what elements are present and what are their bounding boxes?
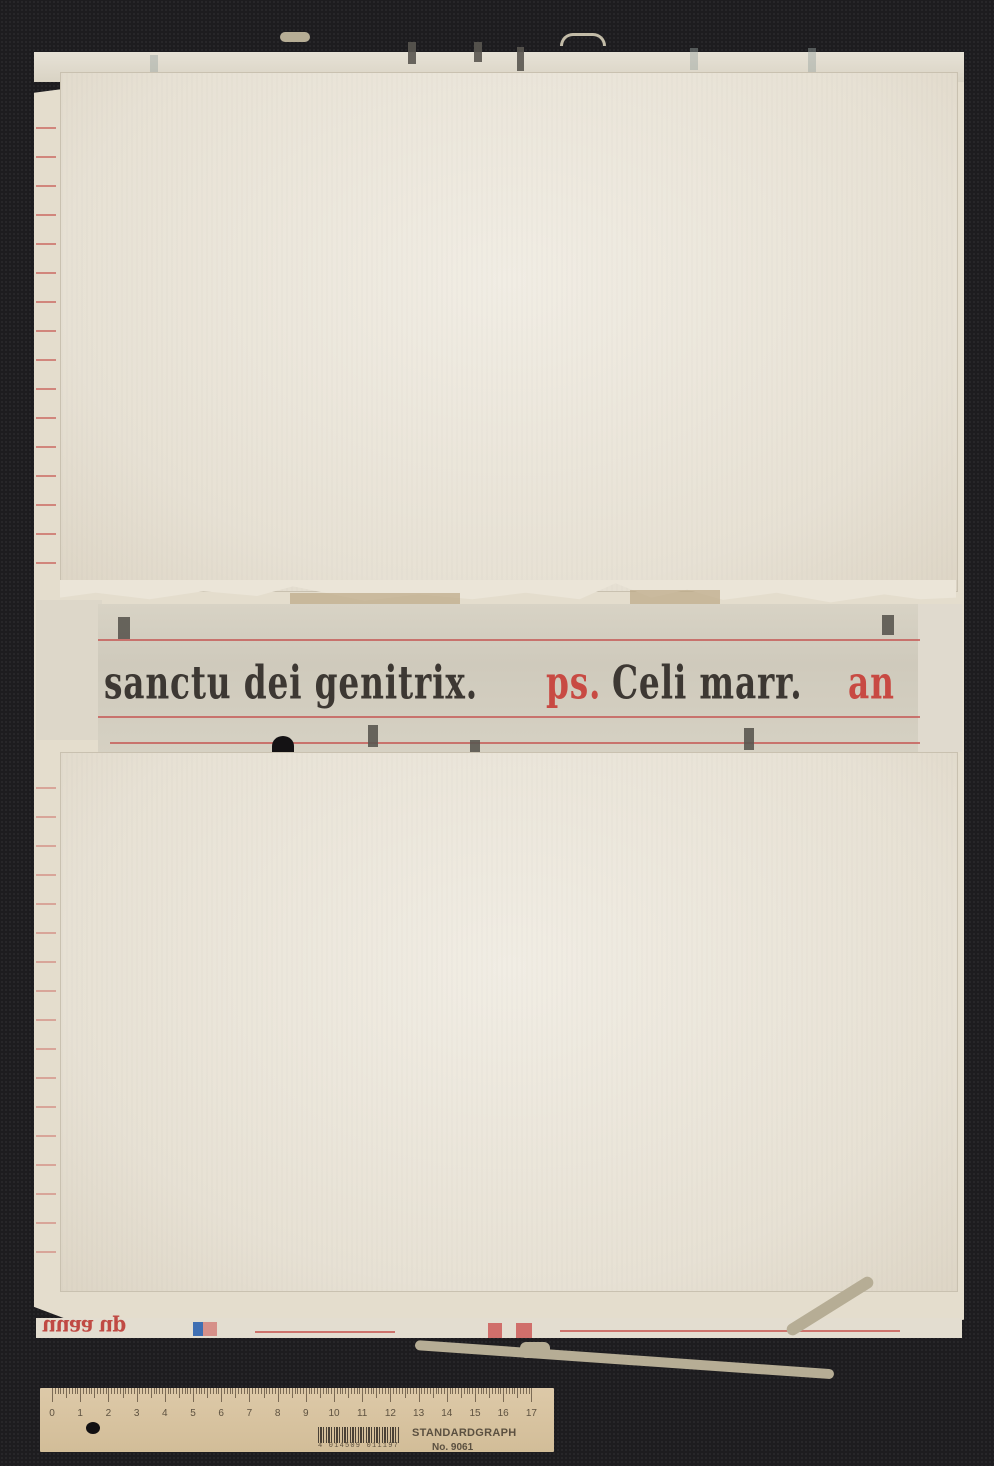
chant-text-red: ps. <box>546 656 601 710</box>
left-edge-staff-lines <box>36 100 56 570</box>
barcode-number: 4 014509 011197 <box>318 1442 399 1450</box>
ruler-tick <box>289 1388 290 1394</box>
ruler-tick <box>430 1388 431 1394</box>
ruler-tick <box>227 1388 228 1394</box>
ruler-tick <box>320 1388 321 1398</box>
red-decoration <box>516 1323 532 1338</box>
ruler-tick <box>348 1388 349 1398</box>
ruler-tick <box>100 1388 101 1394</box>
ruler-tick <box>328 1388 329 1394</box>
ruler-tick <box>131 1388 132 1394</box>
ruler-tick <box>238 1388 239 1394</box>
ruler-tick <box>173 1388 174 1394</box>
ruler-tick <box>142 1388 143 1394</box>
ruler-tick <box>520 1388 521 1394</box>
ruler-tick <box>317 1388 318 1394</box>
ruler-tick <box>170 1388 171 1394</box>
ruler-tick <box>249 1388 250 1402</box>
ruler-tick <box>469 1388 470 1394</box>
ruler-tick <box>376 1388 377 1398</box>
ruler-tick <box>452 1388 453 1394</box>
ruler-tick <box>60 1388 61 1394</box>
ruler-tick <box>269 1388 270 1394</box>
ruler-tick <box>264 1388 265 1398</box>
ruler-tick <box>190 1388 191 1394</box>
ruler-tick-label: 16 <box>498 1408 509 1419</box>
ruler-tick <box>224 1388 225 1394</box>
ruler-tick <box>314 1388 315 1394</box>
ruler-tick <box>145 1388 146 1394</box>
ruler-tick <box>447 1388 448 1402</box>
tie-knot <box>280 32 310 42</box>
ruler-tick <box>108 1388 109 1402</box>
ruler-tick <box>390 1388 391 1402</box>
ruler-tick-label: 4 <box>162 1408 168 1419</box>
ruler-tick <box>125 1388 126 1394</box>
ruler-tick <box>94 1388 95 1398</box>
music-note-mark <box>882 615 894 635</box>
ruler-tick-label: 11 <box>357 1408 367 1419</box>
ruler-tick <box>438 1388 439 1394</box>
ruler-tick <box>303 1388 304 1394</box>
red-decoration <box>488 1323 502 1338</box>
ruler-tick <box>481 1388 482 1394</box>
ruler-tick <box>464 1388 465 1394</box>
ruler-tick <box>461 1388 462 1398</box>
ruler-tick <box>182 1388 183 1394</box>
ruler-tick <box>91 1388 92 1394</box>
left-edge-staff-lines <box>36 760 56 1280</box>
staff-line <box>110 742 920 744</box>
ruler-tick <box>489 1388 490 1398</box>
ruler-tick <box>193 1388 194 1402</box>
ruler-tick <box>139 1388 140 1394</box>
ruler-tick <box>337 1388 338 1394</box>
ruler-tick <box>207 1388 208 1398</box>
red-decoration <box>203 1322 217 1336</box>
ruler-tick <box>216 1388 217 1394</box>
ruler-tick <box>495 1388 496 1394</box>
ruler-tick <box>455 1388 456 1394</box>
ruler-tick <box>500 1388 501 1394</box>
ruler-tick <box>55 1388 56 1394</box>
ruler-tick <box>179 1388 180 1398</box>
music-note-mark <box>744 728 754 750</box>
ruler-tick <box>334 1388 335 1402</box>
ruler-tick <box>66 1388 67 1398</box>
ruler-tick <box>252 1388 253 1394</box>
ruler-tick <box>272 1388 273 1394</box>
staff-line <box>560 1330 900 1332</box>
chant-text-black: sanctu dei genitrix. <box>104 656 478 710</box>
ruler-tick <box>258 1388 259 1394</box>
ruler-tick <box>362 1388 363 1402</box>
scale-ruler: 01234567891011121314151617 <box>40 1388 554 1452</box>
upper-panel <box>60 72 958 592</box>
ruler-tick <box>472 1388 473 1394</box>
ruler-tick <box>433 1388 434 1398</box>
ruler-tick <box>498 1388 499 1394</box>
ruler-tick <box>210 1388 211 1394</box>
ruler-tick <box>241 1388 242 1394</box>
ruler-tick-label: 8 <box>275 1408 281 1419</box>
ruler-tick <box>97 1388 98 1394</box>
ruler-tick <box>232 1388 233 1394</box>
ruler-tick <box>176 1388 177 1394</box>
ruler-tick-label: 12 <box>385 1408 396 1419</box>
ruler-tick <box>475 1388 476 1402</box>
ruler-tick <box>368 1388 369 1394</box>
music-note-mark <box>808 48 816 72</box>
ruler-tick <box>247 1388 248 1394</box>
ruler-tick <box>117 1388 118 1394</box>
ruler-tick <box>357 1388 358 1394</box>
tie-strap <box>415 1340 835 1379</box>
ruler-tick <box>75 1388 76 1394</box>
spine-left <box>36 600 102 740</box>
ruler-tick <box>283 1388 284 1394</box>
ruler-tick <box>529 1388 530 1394</box>
ruler-tick <box>523 1388 524 1394</box>
ruler-tick <box>156 1388 157 1394</box>
ruler-tick-label: 9 <box>303 1408 309 1419</box>
ruler-tick <box>111 1388 112 1394</box>
ruler-tick <box>517 1388 518 1398</box>
ruler-tick <box>201 1388 202 1394</box>
ruler-tick <box>159 1388 160 1394</box>
music-note-mark <box>690 48 698 70</box>
ruler-tick <box>407 1388 408 1394</box>
ruler-tick <box>275 1388 276 1394</box>
music-note-mark <box>368 725 378 747</box>
ruler-tick <box>69 1388 70 1394</box>
chant-text-red: an <box>848 656 895 710</box>
ruler-tick <box>218 1388 219 1394</box>
bottom-rubric-text: uuaa up <box>42 1314 125 1340</box>
ruler-tick <box>137 1388 138 1402</box>
ruler-tick <box>382 1388 383 1394</box>
ruler-tick <box>306 1388 307 1402</box>
ruler-tick-label: 2 <box>106 1408 112 1419</box>
ruler-tick <box>221 1388 222 1402</box>
tie-loop <box>560 33 606 46</box>
ruler-tick <box>345 1388 346 1394</box>
ruler-tick <box>83 1388 84 1394</box>
ruler-tick <box>478 1388 479 1394</box>
ruler-tick <box>421 1388 422 1394</box>
ruler-tick <box>486 1388 487 1394</box>
ruler-tick <box>531 1388 532 1402</box>
ruler-tick <box>154 1388 155 1394</box>
ruler-tick <box>413 1388 414 1394</box>
ruler-tick <box>506 1388 507 1394</box>
ruler-tick <box>52 1388 53 1402</box>
ruler-tick <box>450 1388 451 1394</box>
ruler-tick <box>185 1388 186 1394</box>
ruler-tick <box>300 1388 301 1394</box>
ruler-tick <box>373 1388 374 1394</box>
ruler-brand: STANDARDGRAPH <box>412 1427 517 1439</box>
ruler-tick-label: 3 <box>134 1408 140 1419</box>
ruler-tick <box>213 1388 214 1394</box>
ruler-tick <box>441 1388 442 1394</box>
ruler-tick <box>326 1388 327 1394</box>
ruler-tick <box>309 1388 310 1394</box>
ruler-tick <box>235 1388 236 1398</box>
ruler-tick <box>165 1388 166 1402</box>
ruler-tick <box>123 1388 124 1398</box>
ruler-tick <box>106 1388 107 1394</box>
ruler-tick <box>514 1388 515 1394</box>
ruler-tick <box>134 1388 135 1394</box>
ruler-tick <box>512 1388 513 1394</box>
ruler-tick-label: 14 <box>441 1408 452 1419</box>
ruler-tick <box>148 1388 149 1394</box>
ruler-tick <box>63 1388 64 1394</box>
blue-initial-fragment <box>193 1322 203 1336</box>
lower-panel <box>60 752 958 1292</box>
ruler-tick <box>72 1388 73 1394</box>
ruler-tick <box>80 1388 81 1402</box>
barcode <box>318 1427 400 1443</box>
ruler-tick-label: 17 <box>526 1408 537 1419</box>
ruler-tick <box>187 1388 188 1394</box>
ruler-tick <box>162 1388 163 1394</box>
ruler-tick <box>196 1388 197 1394</box>
ruler-tick <box>483 1388 484 1394</box>
ruler-tick <box>103 1388 104 1394</box>
ruler-tick-label: 5 <box>190 1408 196 1419</box>
ruler-tick <box>385 1388 386 1394</box>
ruler-tick <box>128 1388 129 1394</box>
ruler-tick <box>436 1388 437 1394</box>
ruler-tick <box>444 1388 445 1394</box>
ruler-tick-label: 10 <box>328 1408 339 1419</box>
ruler-tick-label: 1 <box>77 1408 83 1419</box>
ruler-tick <box>388 1388 389 1394</box>
ruler-tick <box>371 1388 372 1394</box>
ruler-tick <box>286 1388 287 1394</box>
ruler-model: No. 9061 <box>432 1442 473 1453</box>
ruler-tick <box>114 1388 115 1394</box>
music-note-mark <box>118 617 130 639</box>
ruler-tick-label: 13 <box>413 1408 424 1419</box>
ruler-tick <box>230 1388 231 1394</box>
staff-line <box>255 1331 395 1333</box>
ruler-tick-label: 15 <box>469 1408 480 1419</box>
ruler-tick <box>89 1388 90 1394</box>
ruler-tick <box>261 1388 262 1394</box>
ruler-tick <box>204 1388 205 1394</box>
ruler-tick <box>424 1388 425 1394</box>
ruler-tick-label: 0 <box>49 1408 55 1419</box>
ruler-tick <box>503 1388 504 1402</box>
chant-text-black: Celi marr. <box>612 656 802 710</box>
ruler-tick <box>86 1388 87 1394</box>
ruler-tick <box>58 1388 59 1394</box>
spine-right <box>918 604 962 752</box>
ruler-tick <box>340 1388 341 1394</box>
ruler-tick <box>255 1388 256 1394</box>
ruler-tick <box>278 1388 279 1402</box>
ruler-tick <box>292 1388 293 1398</box>
ruler-tick <box>458 1388 459 1394</box>
ruler-tick <box>354 1388 355 1394</box>
ruler-tick <box>379 1388 380 1394</box>
ruler-tick-label: 6 <box>218 1408 224 1419</box>
ruler-tick <box>342 1388 343 1394</box>
ruler-tick <box>151 1388 152 1398</box>
ruler-tick <box>393 1388 394 1394</box>
ruler-tick <box>402 1388 403 1394</box>
ruler-tick <box>244 1388 245 1394</box>
ruler-tick <box>280 1388 281 1394</box>
ruler-hole <box>86 1422 100 1434</box>
ruler-tick <box>467 1388 468 1394</box>
ruler-tick <box>427 1388 428 1394</box>
ruler-tick <box>492 1388 493 1394</box>
ruler-tick <box>120 1388 121 1394</box>
ruler-tick <box>331 1388 332 1394</box>
ruler-tick <box>199 1388 200 1394</box>
ruler-tick-label: 7 <box>247 1408 253 1419</box>
ruler-tick <box>351 1388 352 1394</box>
ruler-tick <box>410 1388 411 1394</box>
ruler-tick <box>365 1388 366 1394</box>
ruler-tick <box>405 1388 406 1398</box>
music-note-mark <box>474 42 482 62</box>
ruler-tick <box>297 1388 298 1394</box>
staff-line <box>98 639 920 641</box>
ruler-tick <box>526 1388 527 1394</box>
ruler-tick <box>509 1388 510 1394</box>
music-note-mark <box>517 47 524 71</box>
ruler-tick <box>266 1388 267 1394</box>
ruler-tick <box>399 1388 400 1394</box>
ruler-tick <box>323 1388 324 1394</box>
ruler-tick <box>77 1388 78 1394</box>
ruler-tick <box>419 1388 420 1402</box>
tie-knot <box>520 1342 550 1358</box>
ruler-tick <box>295 1388 296 1394</box>
ruler-tick <box>311 1388 312 1394</box>
ruler-tick <box>359 1388 360 1394</box>
ruler-tick <box>416 1388 417 1394</box>
ruler-tick <box>168 1388 169 1394</box>
ruler-tick <box>396 1388 397 1394</box>
staff-line <box>98 716 920 718</box>
music-note-mark <box>408 42 416 64</box>
